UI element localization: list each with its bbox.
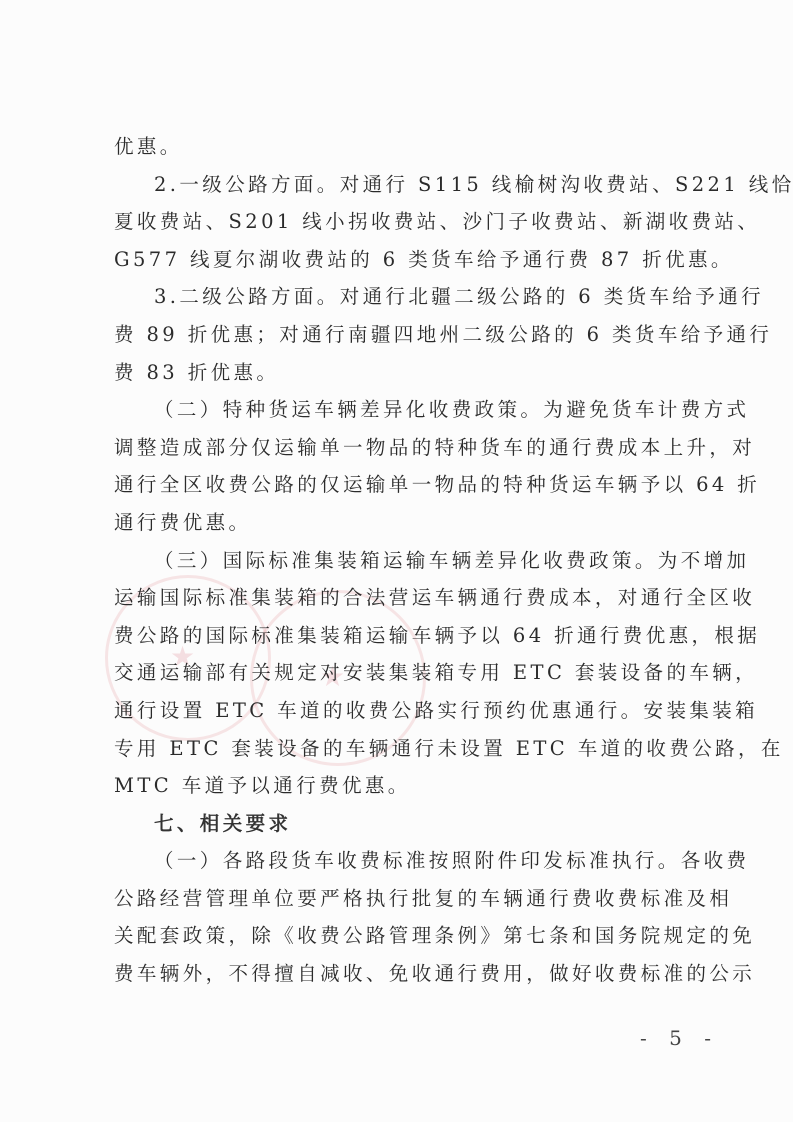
paragraph-line: 运输国际标准集装箱的合法营运车辆通行费成本，对通行全区收 (114, 579, 690, 617)
paragraph-line: 费 89 折优惠；对通行南疆四地州二级公路的 6 类货车给予通行 (114, 316, 690, 354)
paragraph-line: 通行费优惠。 (114, 504, 690, 542)
document-page: ★ ★ 优惠。 2.一级公路方面。对通行 S115 线榆树沟收费站、S221 线… (0, 0, 793, 1122)
paragraph-line: （三）国际标准集装箱运输车辆差异化收费政策。为不增加 (114, 542, 690, 580)
paragraph-line: 专用 ETC 套装设备的车辆通行未设置 ETC 车道的收费公路，在 (114, 730, 690, 768)
paragraph-line: 通行全区收费公路的仅运输单一物品的特种货运车辆予以 64 折 (114, 466, 690, 504)
document-body: 优惠。 2.一级公路方面。对通行 S115 线榆树沟收费站、S221 线恰 夏收… (114, 128, 690, 993)
paragraph-line: （二）特种货运车辆差异化收费政策。为避免货车计费方式 (114, 391, 690, 429)
paragraph-line: MTC 车道予以通行费优惠。 (114, 767, 690, 805)
paragraph-line: 关配套政策，除《收费公路管理条例》第七条和国务院规定的免 (114, 917, 690, 955)
paragraph-line: 3.二级公路方面。对通行北疆二级公路的 6 类货车给予通行 (114, 278, 690, 316)
paragraph-line: 2.一级公路方面。对通行 S115 线榆树沟收费站、S221 线恰 (114, 166, 690, 204)
paragraph-line: 通行设置 ETC 车道的收费公路实行预约优惠通行。安装集装箱 (114, 692, 690, 730)
paragraph-line: G577 线夏尔湖收费站的 6 类货车给予通行费 87 折优惠。 (114, 241, 690, 279)
section-heading: 七、相关要求 (114, 805, 690, 843)
paragraph-line: 调整造成部分仅运输单一物品的特种货车的通行费成本上升，对 (114, 429, 690, 467)
paragraph-line: （一）各路段货车收费标准按照附件印发标准执行。各收费 (114, 842, 690, 880)
paragraph-line: 夏收费站、S201 线小拐收费站、沙门子收费站、新湖收费站、 (114, 203, 690, 241)
paragraph-line: 费 83 折优惠。 (114, 354, 690, 392)
paragraph-line: 交通运输部有关规定对安装集装箱专用 ETC 套装设备的车辆， (114, 654, 690, 692)
page-number: - 5 - (640, 1026, 719, 1050)
paragraph-line: 公路经营管理单位要严格执行批复的车辆通行费收费标准及相 (114, 880, 690, 918)
paragraph-line: 费车辆外，不得擅自减收、免收通行费用，做好收费标准的公示 (114, 955, 690, 993)
paragraph-line: 费公路的国际标准集装箱运输车辆予以 64 折通行费优惠，根据 (114, 617, 690, 655)
paragraph-line: 优惠。 (114, 128, 690, 166)
